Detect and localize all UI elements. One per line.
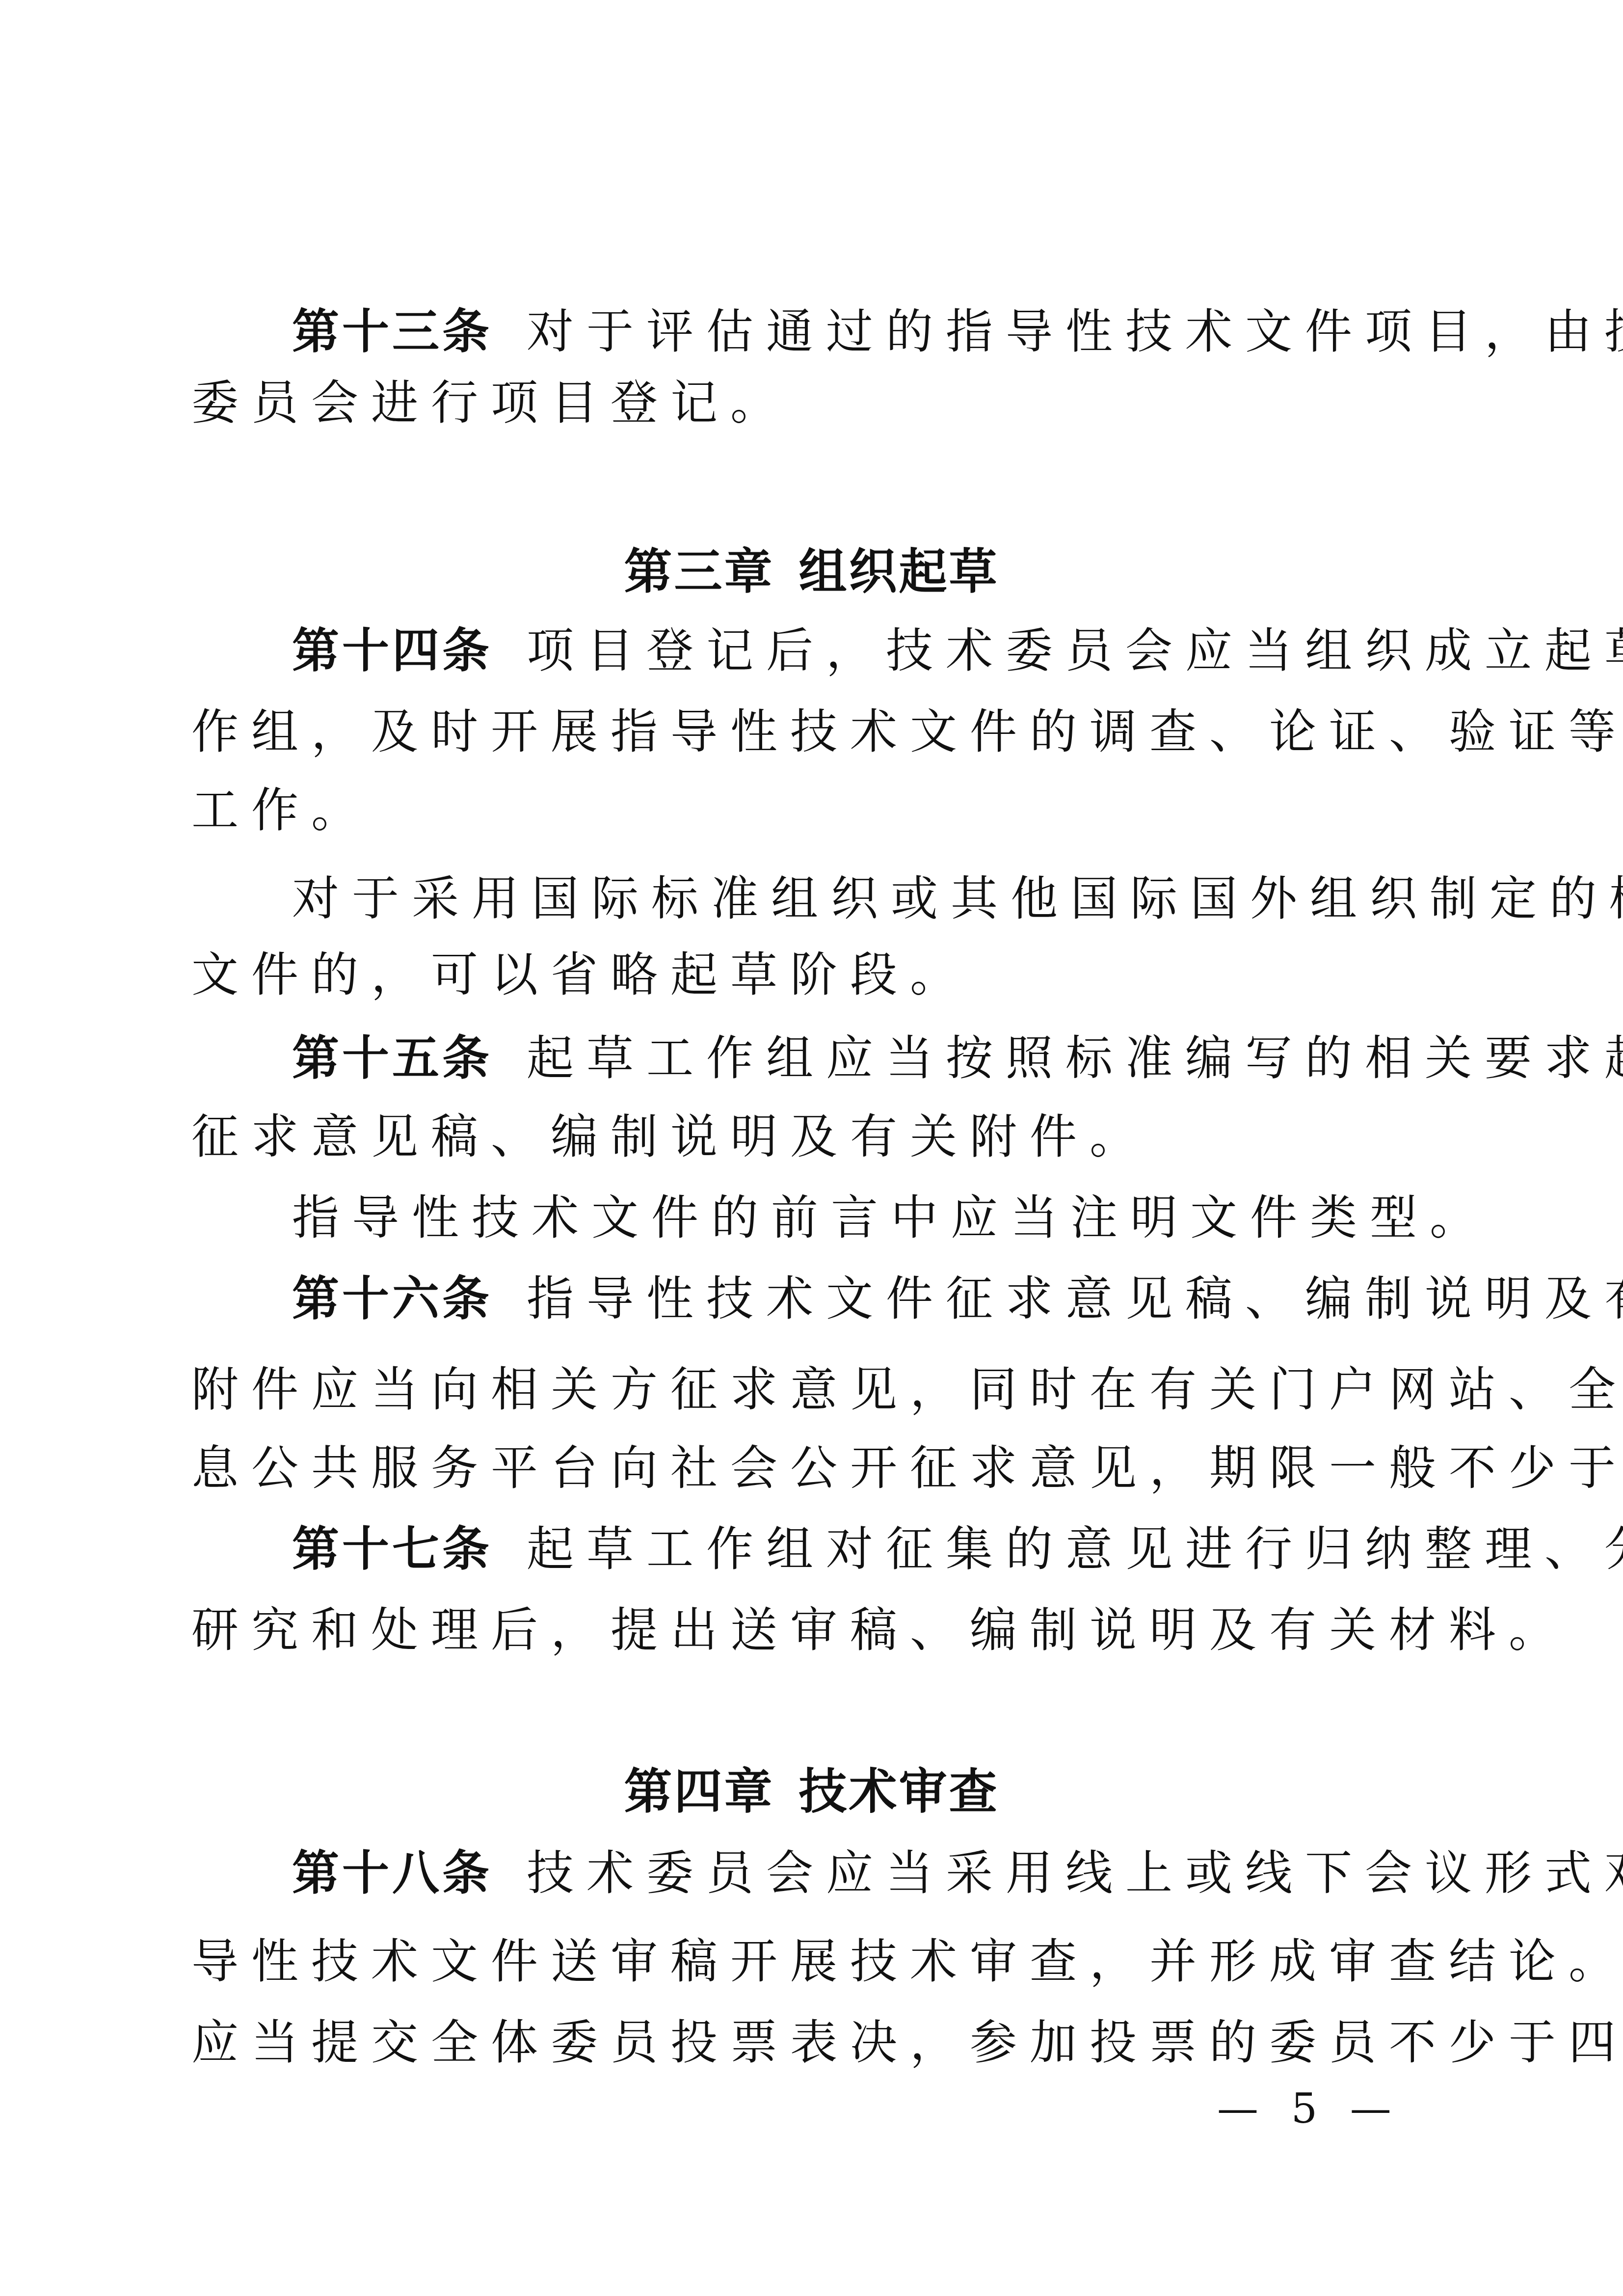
paragraph-text: 导性技术文件送审稿开展技术审查，并形成审查结论。审查结论 [191,1932,1428,1991]
chapter-heading-3: 第三章组织起草 [0,542,1623,601]
article-label: 第十三条 [292,304,492,359]
paragraph-text: 征求意见稿、编制说明及有关附件。 [191,1107,1428,1166]
paragraph-text: 起草工作组应当按照标准编写的相关要求起草 [527,1030,1623,1085]
paragraph-text: 委员会进行项目登记。 [191,373,1428,432]
paragraph-text: 息公共服务平台向社会公开征求意见，期限一般不少于三十日。 [191,1438,1428,1497]
paragraph-text: 项目登记后，技术委员会应当组织成立起草工 [527,623,1623,678]
paragraph-text: 指导性技术文件征求意见稿、编制说明及有关 [527,1271,1623,1326]
chapter-heading-4: 第四章技术审查 [0,1762,1623,1821]
article-label: 第十四条 [292,623,492,678]
article-label: 第十六条 [292,1271,492,1326]
paragraph-text: 指导性技术文件的前言中应当注明文件类型。 [292,1188,1428,1247]
article-label: 第十七条 [292,1521,492,1576]
paragraph-text: 作组，及时开展指导性技术文件的调查、论证、验证等起草 [191,702,1428,761]
paragraph-text: 技术委员会应当采用线上或线下会议形式对指 [527,1845,1623,1900]
paragraph-text: 附件应当向相关方征求意见，同时在有关门户网站、全国标准信 [191,1360,1428,1419]
paragraph-text: 对于采用国际标准组织或其他国际国外组织制定的标准化 [292,869,1428,928]
paragraph-text: 对于评估通过的指导性技术文件项目，由技术 [527,304,1623,359]
paragraph-text: 文件的，可以省略起草阶段。 [191,945,1428,1004]
paragraph-text: 工作。 [191,781,1428,839]
paragraph-text: 研究和处理后，提出送审稿、编制说明及有关材料。 [191,1600,1428,1659]
article-label: 第十八条 [292,1845,492,1900]
paragraph-text: 应当提交全体委员投票表决，参加投票的委员不少于四分之三， [191,2013,1428,2072]
page-number: — 5 — [1217,2081,1401,2135]
paragraph-text: 起草工作组对征集的意见进行归纳整理、分析 [527,1521,1623,1576]
article-label: 第十五条 [292,1030,492,1085]
